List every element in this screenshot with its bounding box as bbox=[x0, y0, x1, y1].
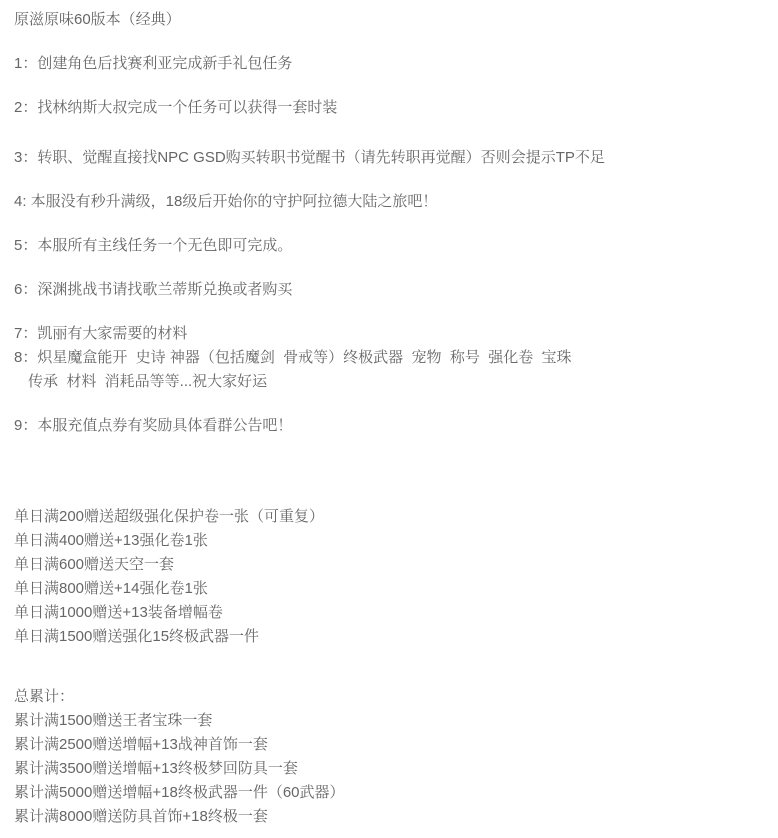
daily-reward-line: 单日满1000赠送+13装备增幅卷 bbox=[14, 601, 760, 625]
notice-item-1: 1：创建角色后找赛利亚完成新手礼包任务 bbox=[14, 52, 760, 76]
notice-item-7: 7：凯丽有大家需要的材料 bbox=[14, 322, 760, 346]
daily-reward-line: 单日满400赠送+13强化卷1张 bbox=[14, 529, 760, 553]
notice-item-3: 3：转职、觉醒直接找NPC GSD购买转职书觉醒书（请先转职再觉醒）否则会提示T… bbox=[14, 146, 760, 170]
announcement-content: 原滋原味60版本（经典） 1：创建角色后找赛利亚完成新手礼包任务 2：找林纳斯大… bbox=[0, 0, 778, 829]
cumulative-reward-line: 累计满8000赠送防具首饰+18终极一套 bbox=[14, 805, 760, 829]
notice-item-8: 8：炽星魔盒能开 史诗 神器（包括魔剑 骨戒等）终极武器 宠物 称号 强化卷 宝… bbox=[14, 346, 760, 370]
cumulative-reward-line: 累计满2500赠送增幅+13战神首饰一套 bbox=[14, 733, 760, 757]
daily-reward-line: 单日满800赠送+14强化卷1张 bbox=[14, 577, 760, 601]
cumulative-rewards-heading: 总累计： bbox=[14, 685, 760, 709]
notice-item-5: 5：本服所有主线任务一个无色即可完成。 bbox=[14, 234, 760, 258]
announcement-page: 原滋原味60版本（经典） 1：创建角色后找赛利亚完成新手礼包任务 2：找林纳斯大… bbox=[0, 0, 778, 838]
daily-reward-line: 单日满1500赠送强化15终极武器一件 bbox=[14, 625, 760, 649]
cumulative-reward-line: 累计满1500赠送王者宝珠一套 bbox=[14, 709, 760, 733]
cumulative-rewards-section: 总累计： 累计满1500赠送王者宝珠一套 累计满2500赠送增幅+13战神首饰一… bbox=[14, 685, 760, 829]
notice-item-6: 6：深渊挑战书请找歌兰蒂斯兑换或者购买 bbox=[14, 278, 760, 302]
daily-reward-line: 单日满600赠送天空一套 bbox=[14, 553, 760, 577]
notice-item-9: 9：本服充值点券有奖励具体看群公告吧！ bbox=[14, 414, 760, 438]
daily-rewards-section: 单日满200赠送超级强化保护卷一张（可重复） 单日满400赠送+13强化卷1张 … bbox=[14, 505, 760, 649]
notice-item-4: 4: 本服没有秒升满级，18级后开始你的守护阿拉德大陆之旅吧！ bbox=[14, 190, 760, 214]
notice-item-2: 2：找林纳斯大叔完成一个任务可以获得一套时装 bbox=[14, 96, 760, 120]
notice-items-7-8: 7：凯丽有大家需要的材料 8：炽星魔盒能开 史诗 神器（包括魔剑 骨戒等）终极武… bbox=[14, 322, 760, 394]
cumulative-reward-line: 累计满3500赠送增幅+13终极梦回防具一套 bbox=[14, 757, 760, 781]
daily-reward-line: 单日满200赠送超级强化保护卷一张（可重复） bbox=[14, 505, 760, 529]
notice-title: 原滋原味60版本（经典） bbox=[14, 8, 760, 32]
notice-item-8-continued: 传承 材料 消耗品等等...祝大家好运 bbox=[14, 370, 760, 394]
cumulative-reward-line: 累计满5000赠送增幅+18终极武器一件（60武器） bbox=[14, 781, 760, 805]
